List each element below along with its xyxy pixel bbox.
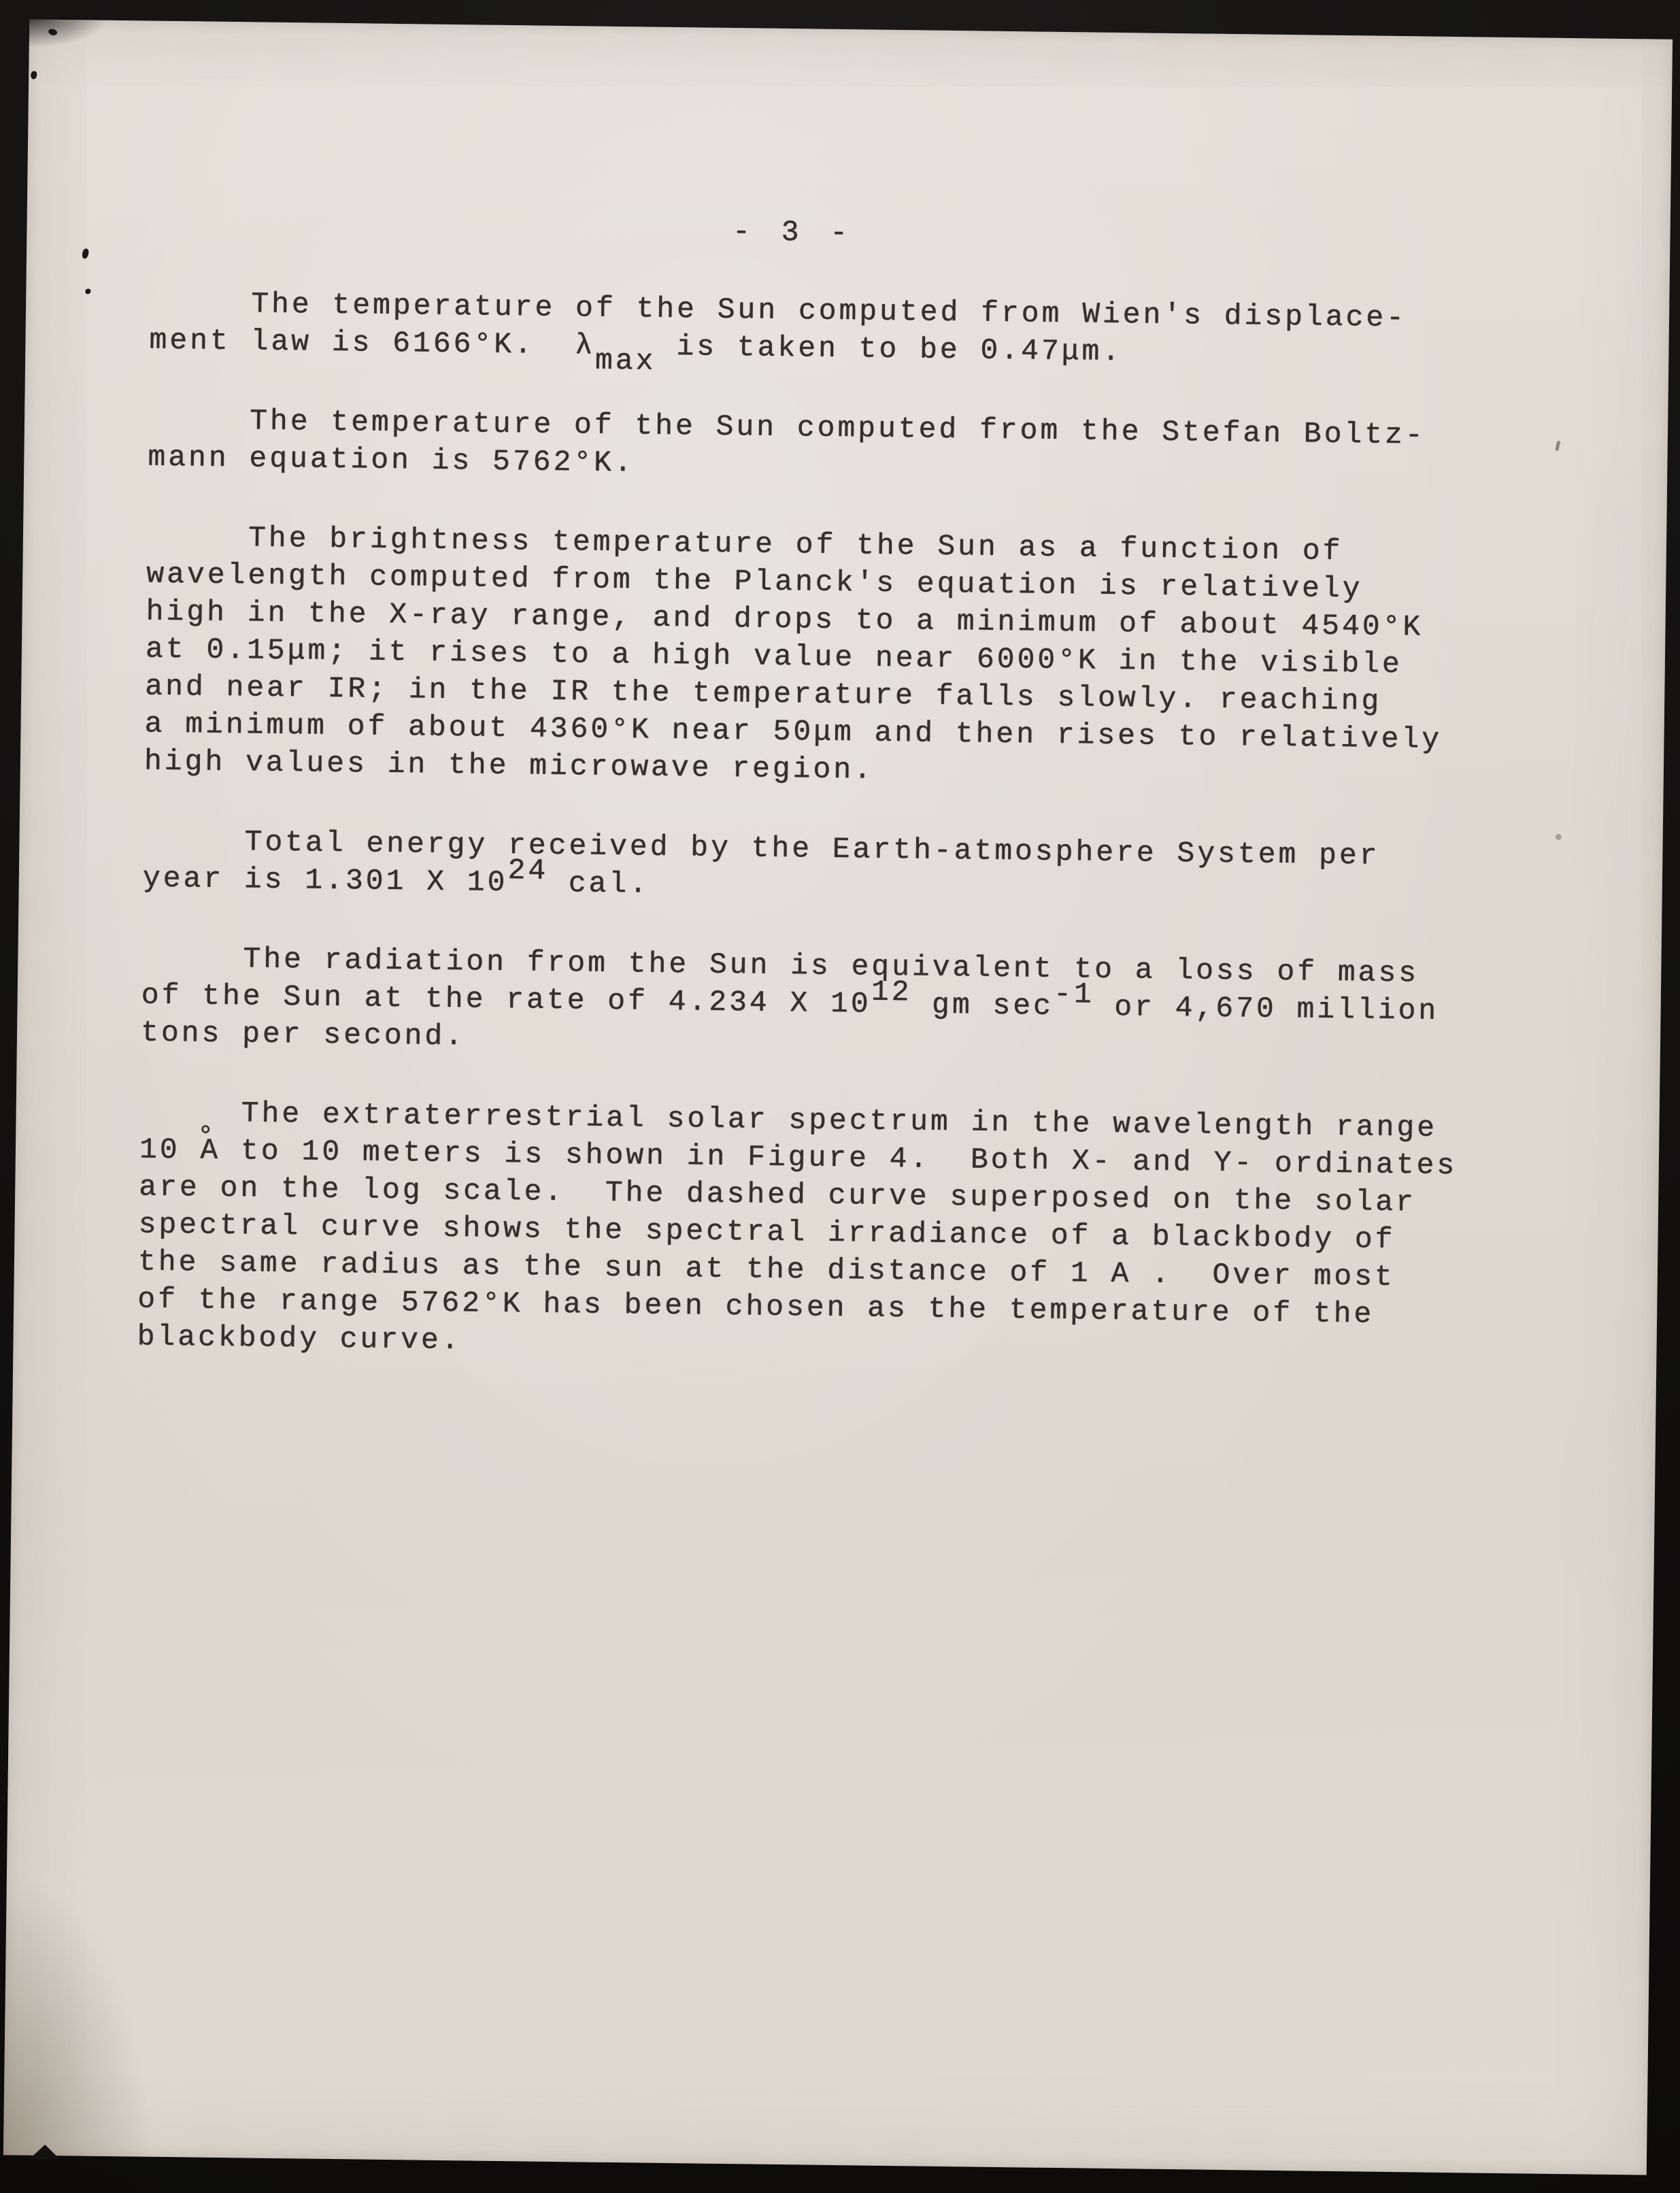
superscript: 24 — [507, 854, 548, 888]
paragraph: Total energy received by the Earth-atmos… — [143, 822, 1436, 912]
scan-artifact — [1556, 834, 1562, 840]
scan-speck — [82, 248, 89, 259]
superscript: 12 — [871, 975, 912, 1009]
text-segment: of the Sun at the rate of 4.234 X 10 — [141, 978, 871, 1020]
text-segment: high values in the microwave region. — [144, 745, 874, 787]
paragraph: The extraterrestrial solar spectrum in t… — [137, 1093, 1432, 1371]
text-segment: blackbody curve. — [137, 1320, 461, 1357]
text-segment: gm sec — [911, 988, 1054, 1023]
superscript: -1 — [1054, 977, 1094, 1011]
paragraph: The radiation from the Sun is equivalent… — [141, 939, 1434, 1067]
scan-corner-shadow — [27, 16, 109, 48]
page-number: - 3 - — [150, 206, 1437, 259]
text-segment: mann equation is 5762°K. — [148, 441, 635, 480]
document-body: The temperature of the Sun computed from… — [137, 284, 1442, 1371]
subscript: max — [595, 344, 656, 378]
paragraph: The temperature of the Sun computed from… — [149, 284, 1442, 375]
text-segment: tons per second. — [141, 1016, 465, 1053]
scan-speck — [31, 71, 37, 79]
scan-edge-shadow — [3, 1869, 156, 2157]
paragraph: The brightness temperature of the Sun as… — [144, 518, 1440, 796]
text-segment: ment law is 6166°K. λ — [149, 324, 595, 363]
scan-artifact — [1555, 440, 1560, 451]
scan-speck — [85, 288, 90, 294]
text-segment: year is 1.301 X 10 — [143, 861, 508, 899]
scanned-page: - 3 - The temperature of the Sun compute… — [3, 19, 1673, 2175]
typewritten-content: - 3 - The temperature of the Sun compute… — [137, 206, 1443, 1413]
text-segment: 10 — [139, 1133, 201, 1167]
paragraph: The temperature of the Sun computed from… — [148, 401, 1441, 492]
text-segment: is taken to be 0.47μm. — [656, 330, 1122, 369]
text-segment: or 4,670 million — [1094, 990, 1439, 1028]
angstrom-ring: ° — [197, 1118, 197, 1156]
text-segment: cal. — [548, 867, 650, 901]
